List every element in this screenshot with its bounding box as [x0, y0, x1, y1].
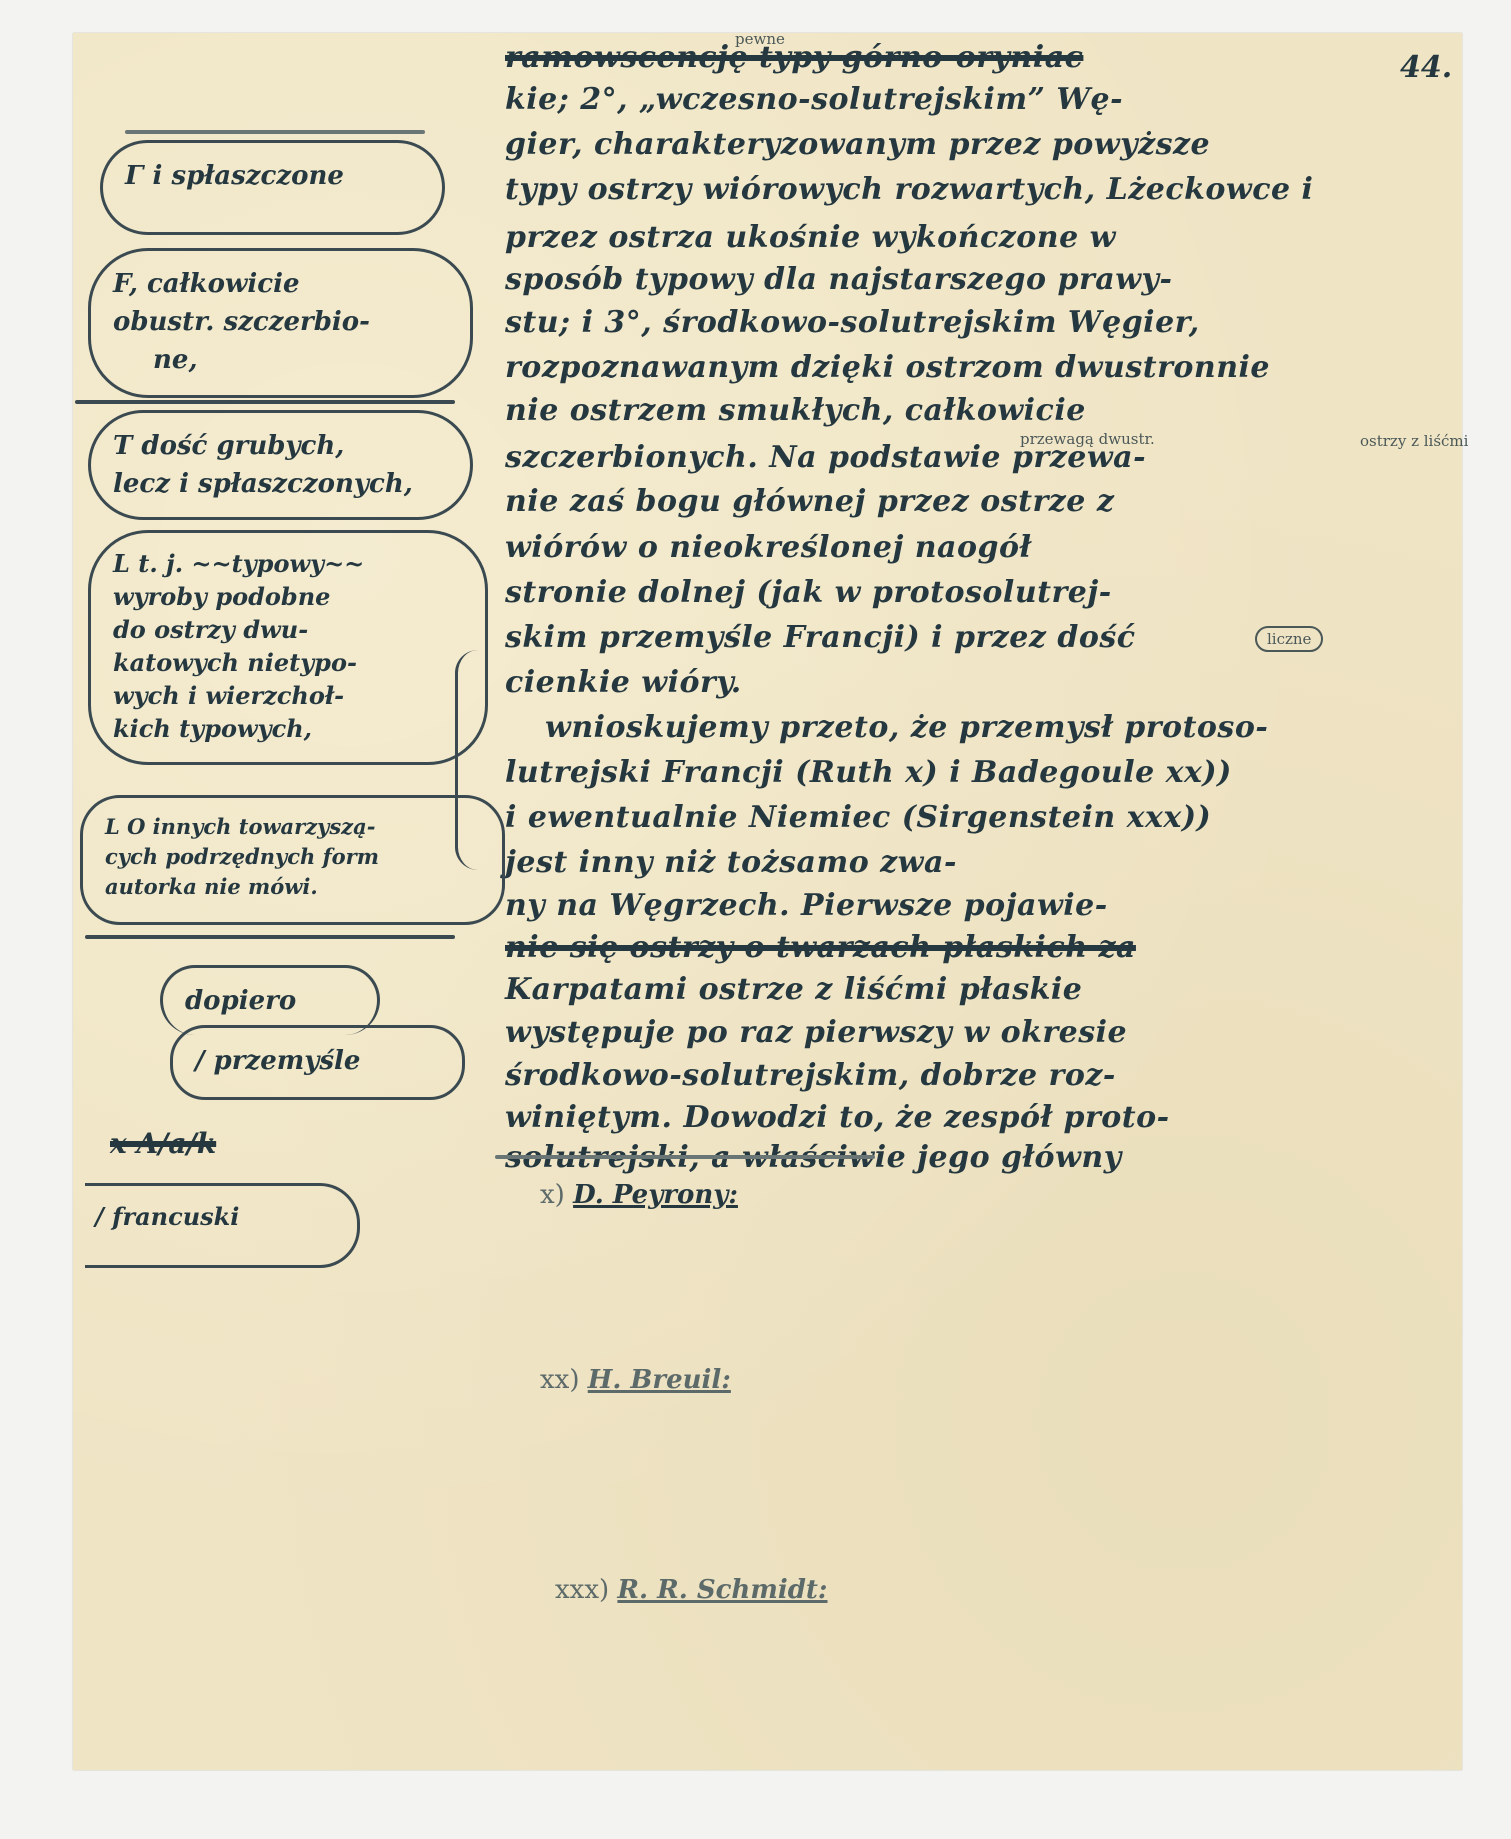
- text-line: rozpoznawanym dzięki ostrzom dwustronnie: [505, 350, 1270, 385]
- text-line: przez ostrza ukośnie wykończone w: [505, 220, 1116, 255]
- divider-line: [125, 130, 425, 134]
- text-line: nie zaś bogu głównej przez ostrze z: [505, 484, 1114, 519]
- text-line: gier, charakteryzowanym przez powyższe: [505, 127, 1210, 162]
- margin-note: x A/a/k: [100, 1125, 300, 1175]
- text-line: ramowscencję typy górno-oryniac: [505, 40, 1083, 75]
- footnote-marker: xxx): [555, 1575, 609, 1605]
- interlinear-note-circled: liczne: [1255, 626, 1323, 652]
- text-line: ny na Węgrzech. Pierwsze pojawie-: [505, 888, 1108, 923]
- text-line: cienkie wióry.: [505, 665, 742, 700]
- text-line: kie; 2°, „wczesno-solutrejskim” Wę-: [505, 82, 1123, 117]
- text-line: skim przemyśle Francji) i przez dość: [505, 620, 1136, 655]
- text-line: szczerbionych. Na podstawie przewa-: [505, 440, 1146, 475]
- margin-note: L O innych towarzyszą- cych podrzędnych …: [80, 795, 505, 925]
- footnote-author: R. R. Schmidt:: [617, 1575, 827, 1605]
- margin-note: Γ i spłaszczone: [100, 140, 445, 235]
- text-line: Karpatami ostrze z liśćmi płaskie: [505, 972, 1082, 1007]
- text-line: występuje po raz pierwszy w okresie: [505, 1015, 1127, 1050]
- divider-line: [495, 1155, 875, 1159]
- divider-line: [85, 935, 455, 939]
- footnote-marker: xx): [540, 1365, 579, 1395]
- interlinear-note: ostrzy z liśćmi: [1360, 432, 1468, 450]
- margin-note: T dość grubych, lecz i spłaszczonych,: [88, 410, 473, 520]
- text-line: stu; i 3°, środkowo-solutrejskim Węgier,: [505, 305, 1200, 340]
- footnote-author: H. Breuil:: [588, 1365, 731, 1395]
- margin-note: F, całkowicie obustr. szczerbio- ne,: [88, 248, 473, 398]
- text-line: nie się ostrzy o twarzach płaskich za: [505, 930, 1136, 965]
- footnote: xxx) R. R. Schmidt:: [555, 1575, 828, 1605]
- text-line: wiórów o nieokreślonej naogół: [505, 530, 1032, 565]
- margin-note: / francuski: [85, 1183, 360, 1268]
- page-number: 44.: [1400, 50, 1452, 85]
- text-line: winiętym. Dowodzi to, że zespół proto-: [505, 1100, 1170, 1135]
- text-line: i ewentualnie Niemiec (Sirgenstein xxx)): [505, 800, 1211, 835]
- footnote: x) D. Peyrony:: [540, 1180, 738, 1210]
- text-line: środkowo-solutrejskim, dobrze roz-: [505, 1058, 1116, 1093]
- text-line: typy ostrzy wiórowych rozwartych, Lżecko…: [505, 172, 1313, 207]
- margin-note: L t. j. ~~typowy~~ wyroby podobne do ost…: [88, 530, 488, 765]
- text-line: stronie dolnej (jak w protosolutrej-: [505, 575, 1112, 610]
- footnote-author: D. Peyrony:: [573, 1180, 738, 1210]
- footnote-marker: x): [540, 1180, 565, 1210]
- text-line: jest inny niż tożsamo zwa-: [505, 845, 957, 880]
- text-line: lutrejski Francji (Ruth x) i Badegoule x…: [505, 755, 1232, 790]
- footnote: xx) H. Breuil:: [540, 1365, 731, 1395]
- divider-line: [75, 400, 455, 404]
- text-line: nie ostrzem smukłych, całkowicie: [505, 393, 1086, 428]
- text-line: sposób typowy dla najstarszego prawy-: [505, 262, 1172, 297]
- text-line: wnioskujemy przeto, że przemysł protoso-: [545, 710, 1268, 745]
- margin-note: / przemyśle: [170, 1025, 465, 1100]
